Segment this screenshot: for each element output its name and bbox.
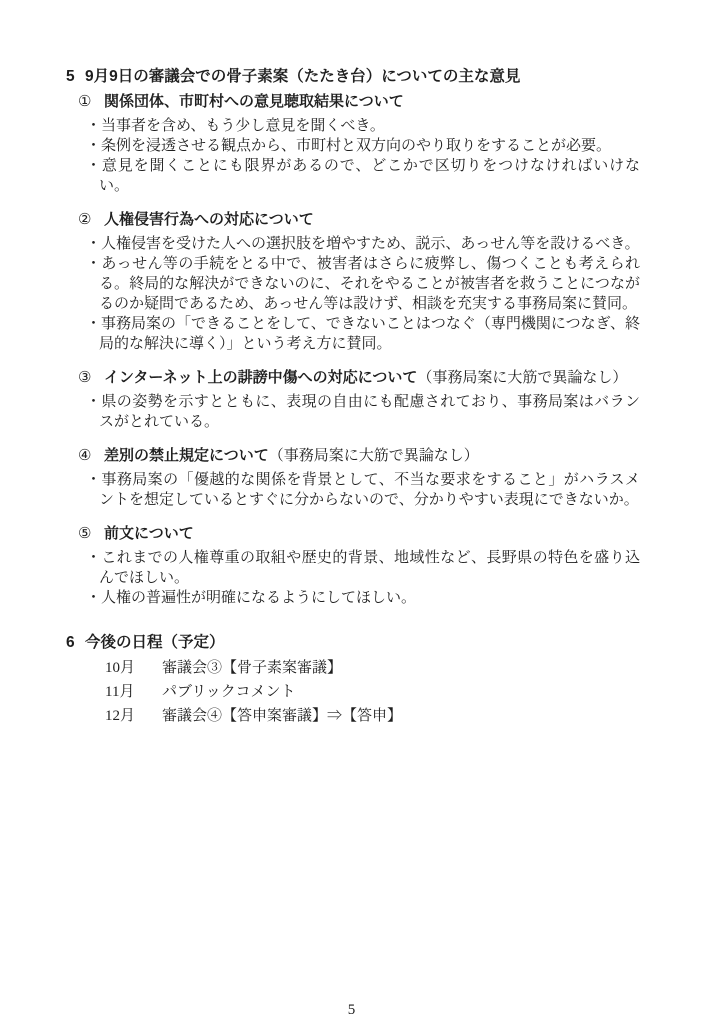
schedule-row-december: 12月 審議会④【答申案審議】⇒【答申】 <box>105 706 640 726</box>
bullet-marker: ・ <box>86 472 101 488</box>
subsection-3-note: （事務局案に大筋で異論なし） <box>417 368 627 388</box>
bullet-marker: ・ <box>86 316 101 332</box>
schedule-month: 12月 <box>105 706 162 726</box>
document-page: 5 9月9日の審議会での骨子素案（たたき台）についての主な意見 ① 関係団体、市… <box>0 0 703 1024</box>
subsection-2-title: 人権侵害行為への対応について <box>104 210 314 230</box>
bullet-item: ・事務局案の「優越的な関係を背景として、不当な要求をすること」がハラスメントを想… <box>86 470 640 510</box>
subsection-5-bullets: ・これまでの人権尊重の取組や歴史的背景、地域性など、長野県の特色を盛り込んでほし… <box>86 548 640 608</box>
subsection-2-bullets: ・人権侵害を受けた人への選択肢を増やすため、説示、あっせん等を設けるべき。 ・あ… <box>86 234 640 354</box>
subsection-4-bullets: ・事務局案の「優越的な関係を背景として、不当な要求をすること」がハラスメントを想… <box>86 470 640 510</box>
bullet-text: 県の姿勢を示すとともに、表現の自由にも配慮されており、事務局案はバランスがとれて… <box>99 394 640 430</box>
bullet-item: ・人権侵害を受けた人への選択肢を増やすため、説示、あっせん等を設けるべき。 <box>86 234 640 254</box>
bullet-text: これまでの人権尊重の取組や歴史的背景、地域性など、長野県の特色を盛り込んでほしい… <box>99 550 640 586</box>
bullet-item: ・当事者を含め、もう少し意見を聞くべき。 <box>86 116 640 136</box>
subsection-1-heading: ① 関係団体、市町村への意見聴取結果について <box>78 92 640 112</box>
schedule-label: 審議会④【答申案審議】⇒【答申】 <box>162 706 402 726</box>
bullet-marker: ・ <box>86 550 101 566</box>
section-5-number: 5 <box>66 66 85 87</box>
bullet-marker: ・ <box>86 138 101 154</box>
bullet-text: 意見を聞くことにも限界があるので、どこかで区切りをつけなければいけない。 <box>99 158 640 194</box>
section-6-number: 6 <box>66 632 85 653</box>
bullet-text: 人権侵害を受けた人への選択肢を増やすため、説示、あっせん等を設けるべき。 <box>101 236 640 252</box>
subsection-3-heading: ③ インターネット上の誹謗中傷への対応について （事務局案に大筋で異論なし） <box>78 368 640 388</box>
section-6-title: 今後の日程（予定） <box>85 632 225 653</box>
bullet-text: 当事者を含め、もう少し意見を聞くべき。 <box>101 118 385 134</box>
subsection-online-defamation: ③ インターネット上の誹謗中傷への対応について （事務局案に大筋で異論なし） ・… <box>66 368 640 432</box>
subsection-rights-violation-response: ② 人権侵害行為への対応について ・人権侵害を受けた人への選択肢を増やすため、説… <box>66 210 640 354</box>
bullet-marker: ・ <box>86 236 101 252</box>
bullet-text: 事務局案の「優越的な関係を背景として、不当な要求をすること」がハラスメントを想定… <box>99 472 640 508</box>
section-5-heading: 5 9月9日の審議会での骨子素案（たたき台）についての主な意見 <box>66 66 640 87</box>
schedule-month: 10月 <box>105 658 162 678</box>
subsection-5-title: 前文について <box>104 524 194 544</box>
subsection-4-note: （事務局案に大筋で異論なし） <box>269 446 479 466</box>
bullet-text: あっせん等の手続をとる中で、被害者はさらに疲弊し、傷つくことも考えられる。終局的… <box>99 256 640 312</box>
subsection-2-heading: ② 人権侵害行為への対応について <box>78 210 640 230</box>
bullet-text: 人権の普遍性が明確になるようにしてほしい。 <box>101 590 416 606</box>
subsection-5-number: ⑤ <box>78 524 104 544</box>
schedule-label: 審議会③【骨子素案審議】 <box>162 658 342 678</box>
subsection-discrimination-prohibition: ④ 差別の禁止規定について （事務局案に大筋で異論なし） ・事務局案の「優越的な… <box>66 446 640 510</box>
subsection-preamble: ⑤ 前文について ・これまでの人権尊重の取組や歴史的背景、地域性など、長野県の特… <box>66 524 640 608</box>
schedule-list: 10月 審議会③【骨子素案審議】 11月 パブリックコメント 12月 審議会④【… <box>105 658 640 726</box>
subsection-1-bullets: ・当事者を含め、もう少し意見を聞くべき。 ・条例を浸透させる観点から、市町村と双… <box>86 116 640 196</box>
subsection-1-title: 関係団体、市町村への意見聴取結果について <box>104 92 404 112</box>
bullet-marker: ・ <box>86 590 101 606</box>
section-opinions: 5 9月9日の審議会での骨子素案（たたき台）についての主な意見 ① 関係団体、市… <box>66 66 640 608</box>
subsection-4-heading: ④ 差別の禁止規定について （事務局案に大筋で異論なし） <box>78 446 640 466</box>
bullet-item: ・県の姿勢を示すとともに、表現の自由にも配慮されており、事務局案はバランスがとれ… <box>86 392 640 432</box>
page-number: 5 <box>0 1000 703 1020</box>
section-6-heading: 6 今後の日程（予定） <box>66 632 640 653</box>
bullet-marker: ・ <box>86 118 101 134</box>
subsection-hearing-results: ① 関係団体、市町村への意見聴取結果について ・当事者を含め、もう少し意見を聞く… <box>66 92 640 196</box>
bullet-marker: ・ <box>86 394 101 410</box>
bullet-item: ・あっせん等の手続をとる中で、被害者はさらに疲弊し、傷つくことも考えられる。終局… <box>86 254 640 314</box>
bullet-marker: ・ <box>86 158 102 174</box>
schedule-month: 11月 <box>105 682 162 702</box>
section-5-title: 9月9日の審議会での骨子素案（たたき台）についての主な意見 <box>85 66 520 87</box>
schedule-row-october: 10月 審議会③【骨子素案審議】 <box>105 658 640 678</box>
schedule-row-november: 11月 パブリックコメント <box>105 682 640 702</box>
subsection-3-title: インターネット上の誹謗中傷への対応について <box>104 368 417 388</box>
subsection-1-number: ① <box>78 92 104 112</box>
bullet-item: ・これまでの人権尊重の取組や歴史的背景、地域性など、長野県の特色を盛り込んでほし… <box>86 548 640 588</box>
bullet-text: 事務局案の「できることをして、できないことはつなぐ（専門機関につなぎ、終局的な解… <box>99 316 640 352</box>
subsection-3-number: ③ <box>78 368 104 388</box>
bullet-item: ・事務局案の「できることをして、できないことはつなぐ（専門機関につなぎ、終局的な… <box>86 314 640 354</box>
subsection-4-number: ④ <box>78 446 104 466</box>
bullet-marker: ・ <box>86 256 101 272</box>
section-schedule: 6 今後の日程（予定） 10月 審議会③【骨子素案審議】 11月 パブリックコメ… <box>66 632 640 726</box>
subsection-2-number: ② <box>78 210 104 230</box>
bullet-item: ・人権の普遍性が明確になるようにしてほしい。 <box>86 588 640 608</box>
subsection-4-title: 差別の禁止規定について <box>104 446 269 466</box>
bullet-item: ・条例を浸透させる観点から、市町村と双方向のやり取りをすることが必要。 <box>86 136 640 156</box>
schedule-label: パブリックコメント <box>162 682 296 702</box>
subsection-5-heading: ⑤ 前文について <box>78 524 640 544</box>
subsection-3-bullets: ・県の姿勢を示すとともに、表現の自由にも配慮されており、事務局案はバランスがとれ… <box>86 392 640 432</box>
bullet-item: ・意見を聞くことにも限界があるので、どこかで区切りをつけなければいけない。 <box>86 156 640 196</box>
bullet-text: 条例を浸透させる観点から、市町村と双方向のやり取りをすることが必要。 <box>101 138 611 154</box>
